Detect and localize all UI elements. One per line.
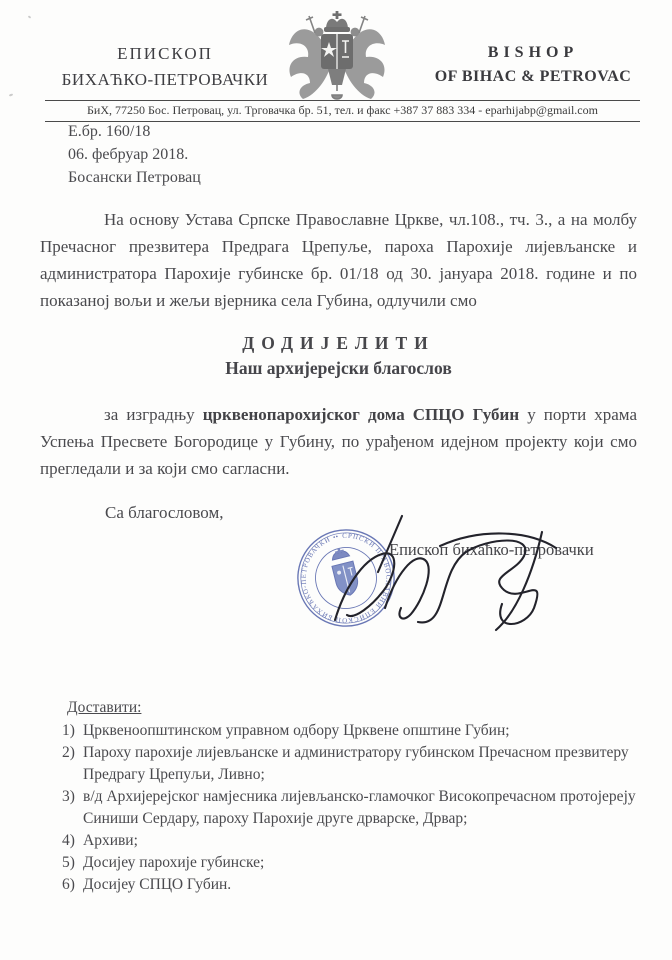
scan-speck	[9, 93, 13, 96]
body-paragraph-1: На основу Устава Српске Православне Цркв…	[40, 206, 637, 314]
closing-salutation: Са благословом,	[105, 503, 224, 523]
paragraph2-pre: за изградњу	[104, 405, 203, 424]
list-item: 6) Досијеу СПЦО Губин.	[62, 874, 637, 896]
distribution-list: Доставити: 1) Црквеноопштинском управном…	[62, 697, 637, 896]
distribution-label: Доставити:	[67, 697, 637, 719]
item-text: Досијеу СПЦО Губин.	[83, 874, 637, 896]
list-item: 5) Досијеу парохије губинске;	[62, 852, 637, 874]
handwritten-signature	[290, 510, 600, 650]
list-item: 2) Пароху парохије лијевљанске и админис…	[62, 742, 637, 786]
bishop-crest-icon	[281, 11, 393, 103]
body-paragraph-2: за изградњу црквенопарохијског дома СПЦО…	[40, 401, 637, 482]
letterhead-subtitle-sr: БИХАЋКО-ПЕТРОВАЧКИ	[50, 70, 280, 90]
list-item: 3) в/д Архијерејског намјесника лијевљан…	[62, 786, 637, 830]
list-item: 4) Архиви;	[62, 830, 637, 852]
reference-date: 06. фебруар 2018.	[68, 143, 201, 166]
item-number: 2)	[62, 742, 83, 786]
letterhead-title-sr: ЕПИСКОП	[50, 44, 280, 64]
letterhead-title-en: BISHOP	[418, 44, 648, 62]
item-text: Црквеноопштинском управном одбору Црквен…	[83, 720, 637, 742]
item-text: Архиви;	[83, 830, 637, 852]
reference-block: Е.бр. 160/18 06. фебруар 2018. Босански …	[68, 120, 201, 189]
paragraph2-bold: црквенопарохијског дома СПЦО Губин	[203, 405, 519, 424]
scan-speck	[28, 15, 32, 18]
decision-heading: ДОДИЈЕЛИТИ	[40, 333, 637, 354]
decision-subheading: Наш архијерејски благослов	[40, 358, 637, 379]
letterhead-subtitle-en: OF BIHAC & PETROVAC	[418, 68, 648, 86]
reference-place: Босански Петровац	[68, 166, 201, 189]
letterhead-address: БиХ, 77250 Бос. Петровац, ул. Трговачка …	[45, 103, 640, 118]
item-number: 1)	[62, 720, 83, 742]
item-text: в/д Архијерејског намјесника лијевљанско…	[83, 786, 637, 830]
reference-number: Е.бр. 160/18	[68, 120, 201, 143]
letterhead-right: BISHOP OF BIHAC & PETROVAC	[418, 44, 648, 86]
item-number: 3)	[62, 786, 83, 830]
scanned-letter-page: ЕПИСКОП БИХАЋКО-ПЕТРОВАЧКИ BISHOP OF BIH…	[0, 0, 672, 960]
item-number: 6)	[62, 874, 83, 896]
letterhead-left: ЕПИСКОП БИХАЋКО-ПЕТРОВАЧКИ	[50, 44, 280, 90]
item-text: Пароху парохије лијевљанске и администра…	[83, 742, 637, 786]
item-number: 4)	[62, 830, 83, 852]
header-rule-top	[45, 100, 640, 101]
item-text: Досијеу парохије губинске;	[83, 852, 637, 874]
list-item: 1) Црквеноопштинском управном одбору Црк…	[62, 720, 637, 742]
item-number: 5)	[62, 852, 83, 874]
